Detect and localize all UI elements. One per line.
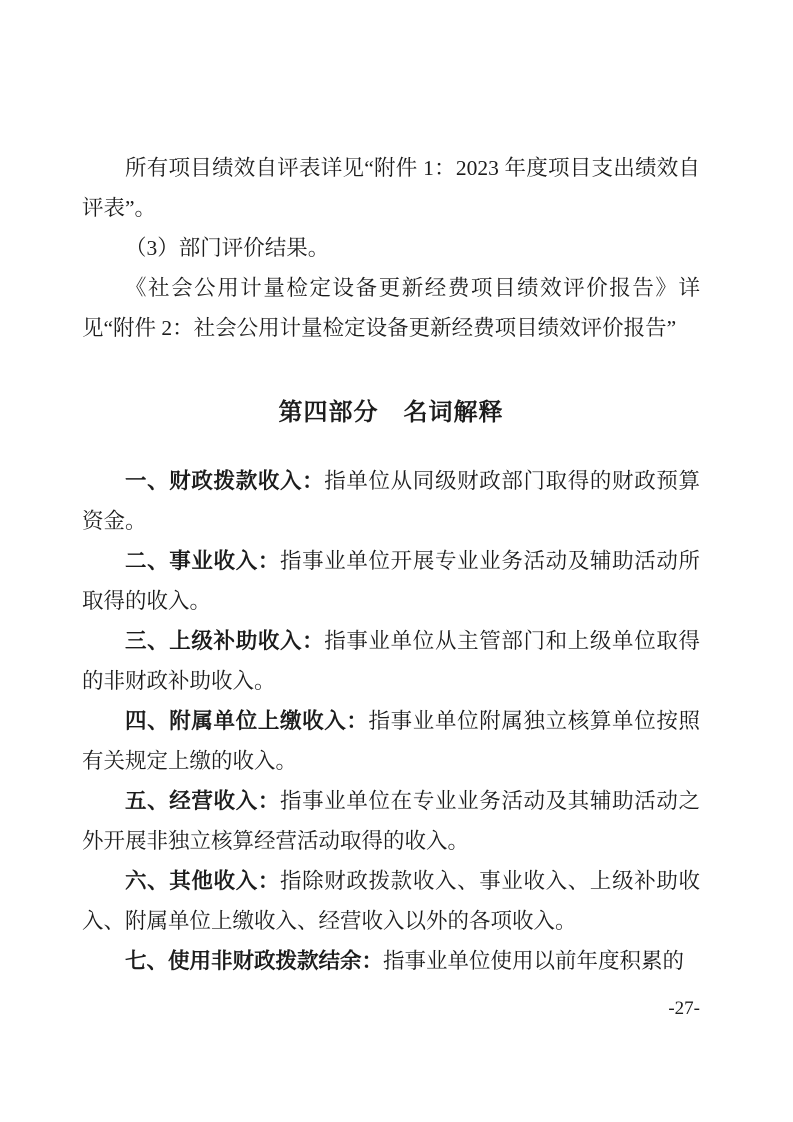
paragraph-attachment-1: 所有项目绩效自评表详见“附件 1：2023 年度项目支出绩效自评表”。: [82, 148, 700, 228]
definition-term: 七、使用非财政拨款结余：: [125, 949, 383, 973]
document-page: 所有项目绩效自评表详见“附件 1：2023 年度项目支出绩效自评表”。 （3）部…: [0, 0, 793, 1122]
definition-item-1: 一、财政拨款收入：指单位从同级财政部门取得的财政预算资金。: [82, 461, 700, 541]
section-heading: 第四部分 名词解释: [82, 393, 700, 433]
definition-item-2: 二、事业收入：指事业单位开展专业业务活动及辅助活动所取得的收入。: [82, 541, 700, 621]
definition-term: 三、上级补助收入：: [125, 629, 324, 653]
definition-term: 五、经营收入：: [125, 789, 280, 813]
paragraph-dept-evaluation-result: （3）部门评价结果。: [82, 228, 700, 268]
definition-desc: 指事业单位使用以前年度积累的: [383, 949, 684, 973]
definition-item-5: 五、经营收入：指事业单位在专业业务活动及其辅助活动之外开展非独立核算经营活动取得…: [82, 781, 700, 861]
definition-term: 六、其他收入：: [125, 869, 280, 893]
definition-term: 一、财政拨款收入：: [125, 469, 324, 493]
page-content: 所有项目绩效自评表详见“附件 1：2023 年度项目支出绩效自评表”。 （3）部…: [0, 0, 793, 981]
definition-item-3: 三、上级补助收入：指事业单位从主管部门和上级单位取得的非财政补助收入。: [82, 621, 700, 701]
definition-item-4: 四、附属单位上缴收入：指事业单位附属独立核算单位按照有关规定上缴的收入。: [82, 701, 700, 781]
definition-item-6: 六、其他收入：指除财政拨款收入、事业收入、上级补助收入、附属单位上缴收入、经营收…: [82, 861, 700, 941]
page-number: -27-: [0, 997, 793, 1021]
paragraph-attachment-2: 《社会公用计量检定设备更新经费项目绩效评价报告》详见“附件 2：社会公用计量检定…: [82, 268, 700, 348]
definition-term: 四、附属单位上缴收入：: [125, 709, 369, 733]
definition-term: 二、事业收入：: [125, 549, 280, 573]
definition-item-7: 七、使用非财政拨款结余：指事业单位使用以前年度积累的: [82, 941, 700, 981]
